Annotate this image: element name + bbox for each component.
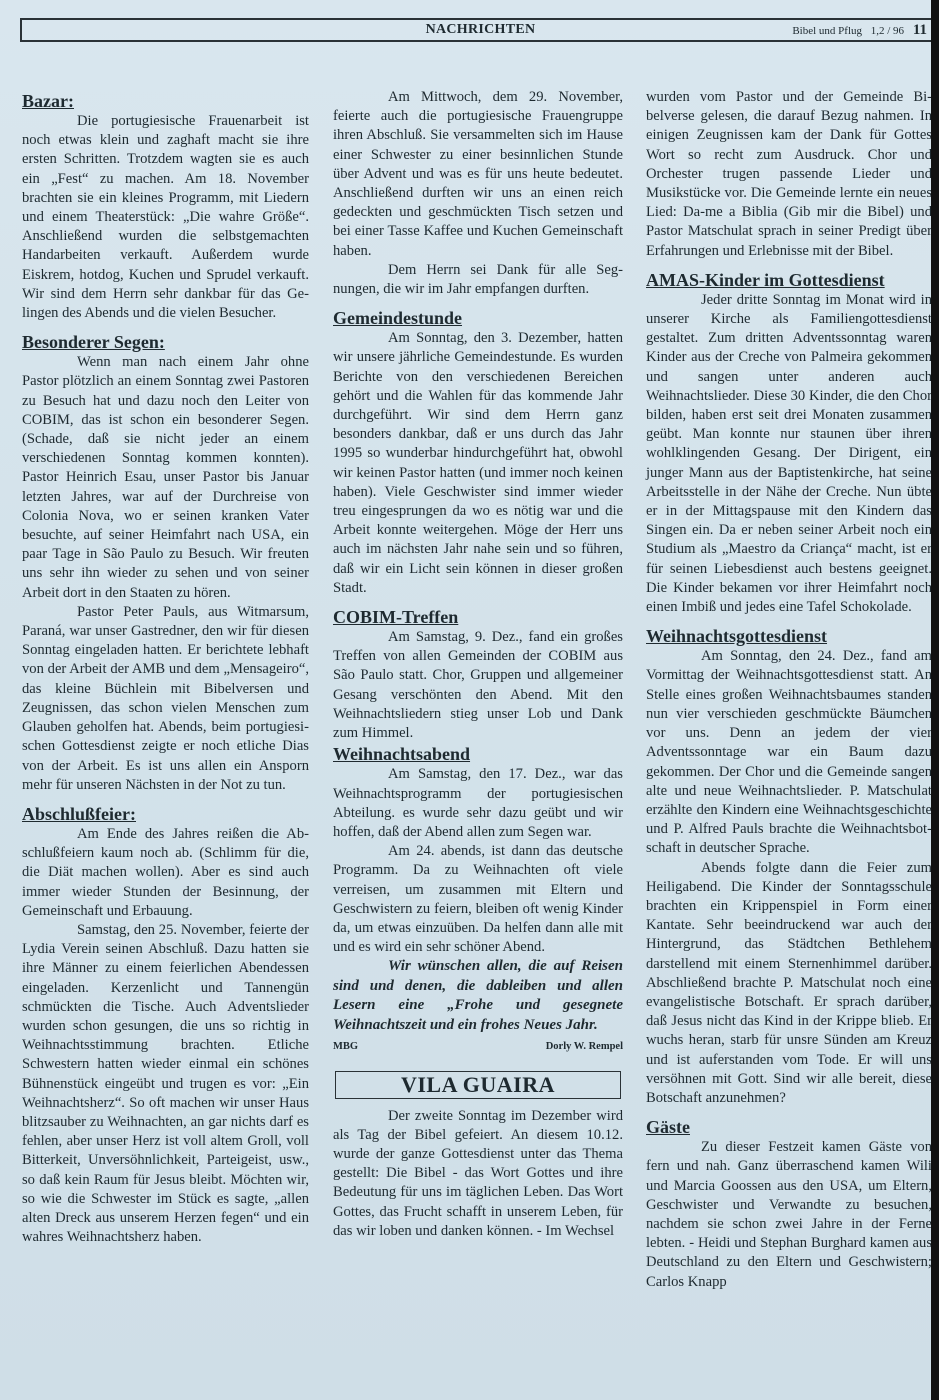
article-heading-cobim: COBIM-Treffen xyxy=(333,606,623,628)
article-paragraph: Am Ende des Jahres reißen die Ab­schlußf… xyxy=(22,825,309,921)
section-box-heading-vila-guaira: VILA GUAIRA xyxy=(335,1071,621,1099)
article-heading-abschluss: Abschlußfeier: xyxy=(22,803,309,825)
article-paragraph: Die portugiesische Frauenarbeit ist noch… xyxy=(22,112,309,323)
article-paragraph: Zu dieser Festzeit kamen Gäste von fern … xyxy=(646,1138,932,1292)
page-header: NACHRICHTEN Bibel und Pflug 1,2 / 96 11 xyxy=(20,18,939,42)
page-number: 11 xyxy=(913,22,927,38)
article-paragraph: Am Sonntag, den 24. Dez., fand am Vormit… xyxy=(646,647,932,858)
christmas-wish: Wir wünschen allen, die auf Reisen sind … xyxy=(333,957,623,1035)
article-paragraph: Der zweite Sonntag im Dezember wird als … xyxy=(333,1107,623,1241)
publication-name: Bibel und Pflug xyxy=(792,25,862,37)
article-heading-amas: AMAS-Kinder im Gottesdienst xyxy=(646,269,932,291)
column-3: wurden vom Pastor und der Gemeinde Bi­be… xyxy=(646,88,932,1292)
article-paragraph: Jeder dritte Sonntag im Monat wird in un… xyxy=(646,291,932,617)
article-paragraph: Pastor Peter Pauls, aus Witmarsum, Paran… xyxy=(22,603,309,795)
article-heading-weihnachtsabend: Weihnachtsabend xyxy=(333,743,623,765)
article-heading-weihnachtsgottesdienst: Weihnachtsgottesdienst xyxy=(646,625,932,647)
article-heading-bazar: Bazar: xyxy=(22,90,309,112)
article-paragraph: Am Mittwoch, dem 29. November, feierte a… xyxy=(333,88,623,261)
page-edge-shadow xyxy=(931,0,939,1400)
article-heading-segen: Besonderer Segen: xyxy=(22,331,309,353)
article-paragraph: Am 24. abends, ist dann das deut­sche Pr… xyxy=(333,842,623,957)
article-heading-gemeindestunde: Gemeindestunde xyxy=(333,307,623,329)
article-paragraph: wurden vom Pastor und der Gemeinde Bi­be… xyxy=(646,88,932,261)
issue-number: 1,2 / 96 xyxy=(871,25,904,37)
article-paragraph: Am Samstag, 9. Dez., fand ein gro­ßes Tr… xyxy=(333,628,623,743)
signature-author: Dorly W. Rempel xyxy=(546,1037,623,1056)
newspaper-page: NACHRICHTEN Bibel und Pflug 1,2 / 96 11 … xyxy=(0,0,939,1400)
column-2: Am Mittwoch, dem 29. November, feierte a… xyxy=(333,88,623,1241)
article-paragraph: Abends folgte dann die Feier zum Heiliga… xyxy=(646,859,932,1109)
article-heading-gaeste: Gäste xyxy=(646,1116,932,1138)
signature-line: MBG Dorly W. Rempel xyxy=(333,1037,623,1056)
article-paragraph: Am Sonntag, den 3. Dezember, hatten wir … xyxy=(333,329,623,598)
header-publication-info: Bibel und Pflug 1,2 / 96 11 xyxy=(792,22,927,39)
article-paragraph: Samstag, den 25. November, feierte der L… xyxy=(22,921,309,1247)
article-paragraph: Wenn man nach einem Jahr ohne Pastor plö… xyxy=(22,353,309,603)
article-paragraph: Am Samstag, den 17. Dez., war das Weihna… xyxy=(333,765,623,842)
column-1: Bazar: Die portugiesische Frauenarbeit i… xyxy=(22,90,309,1247)
article-paragraph: Dem Herrn sei Dank für alle Seg­nungen, … xyxy=(333,261,623,299)
signature-left: MBG xyxy=(333,1037,358,1056)
